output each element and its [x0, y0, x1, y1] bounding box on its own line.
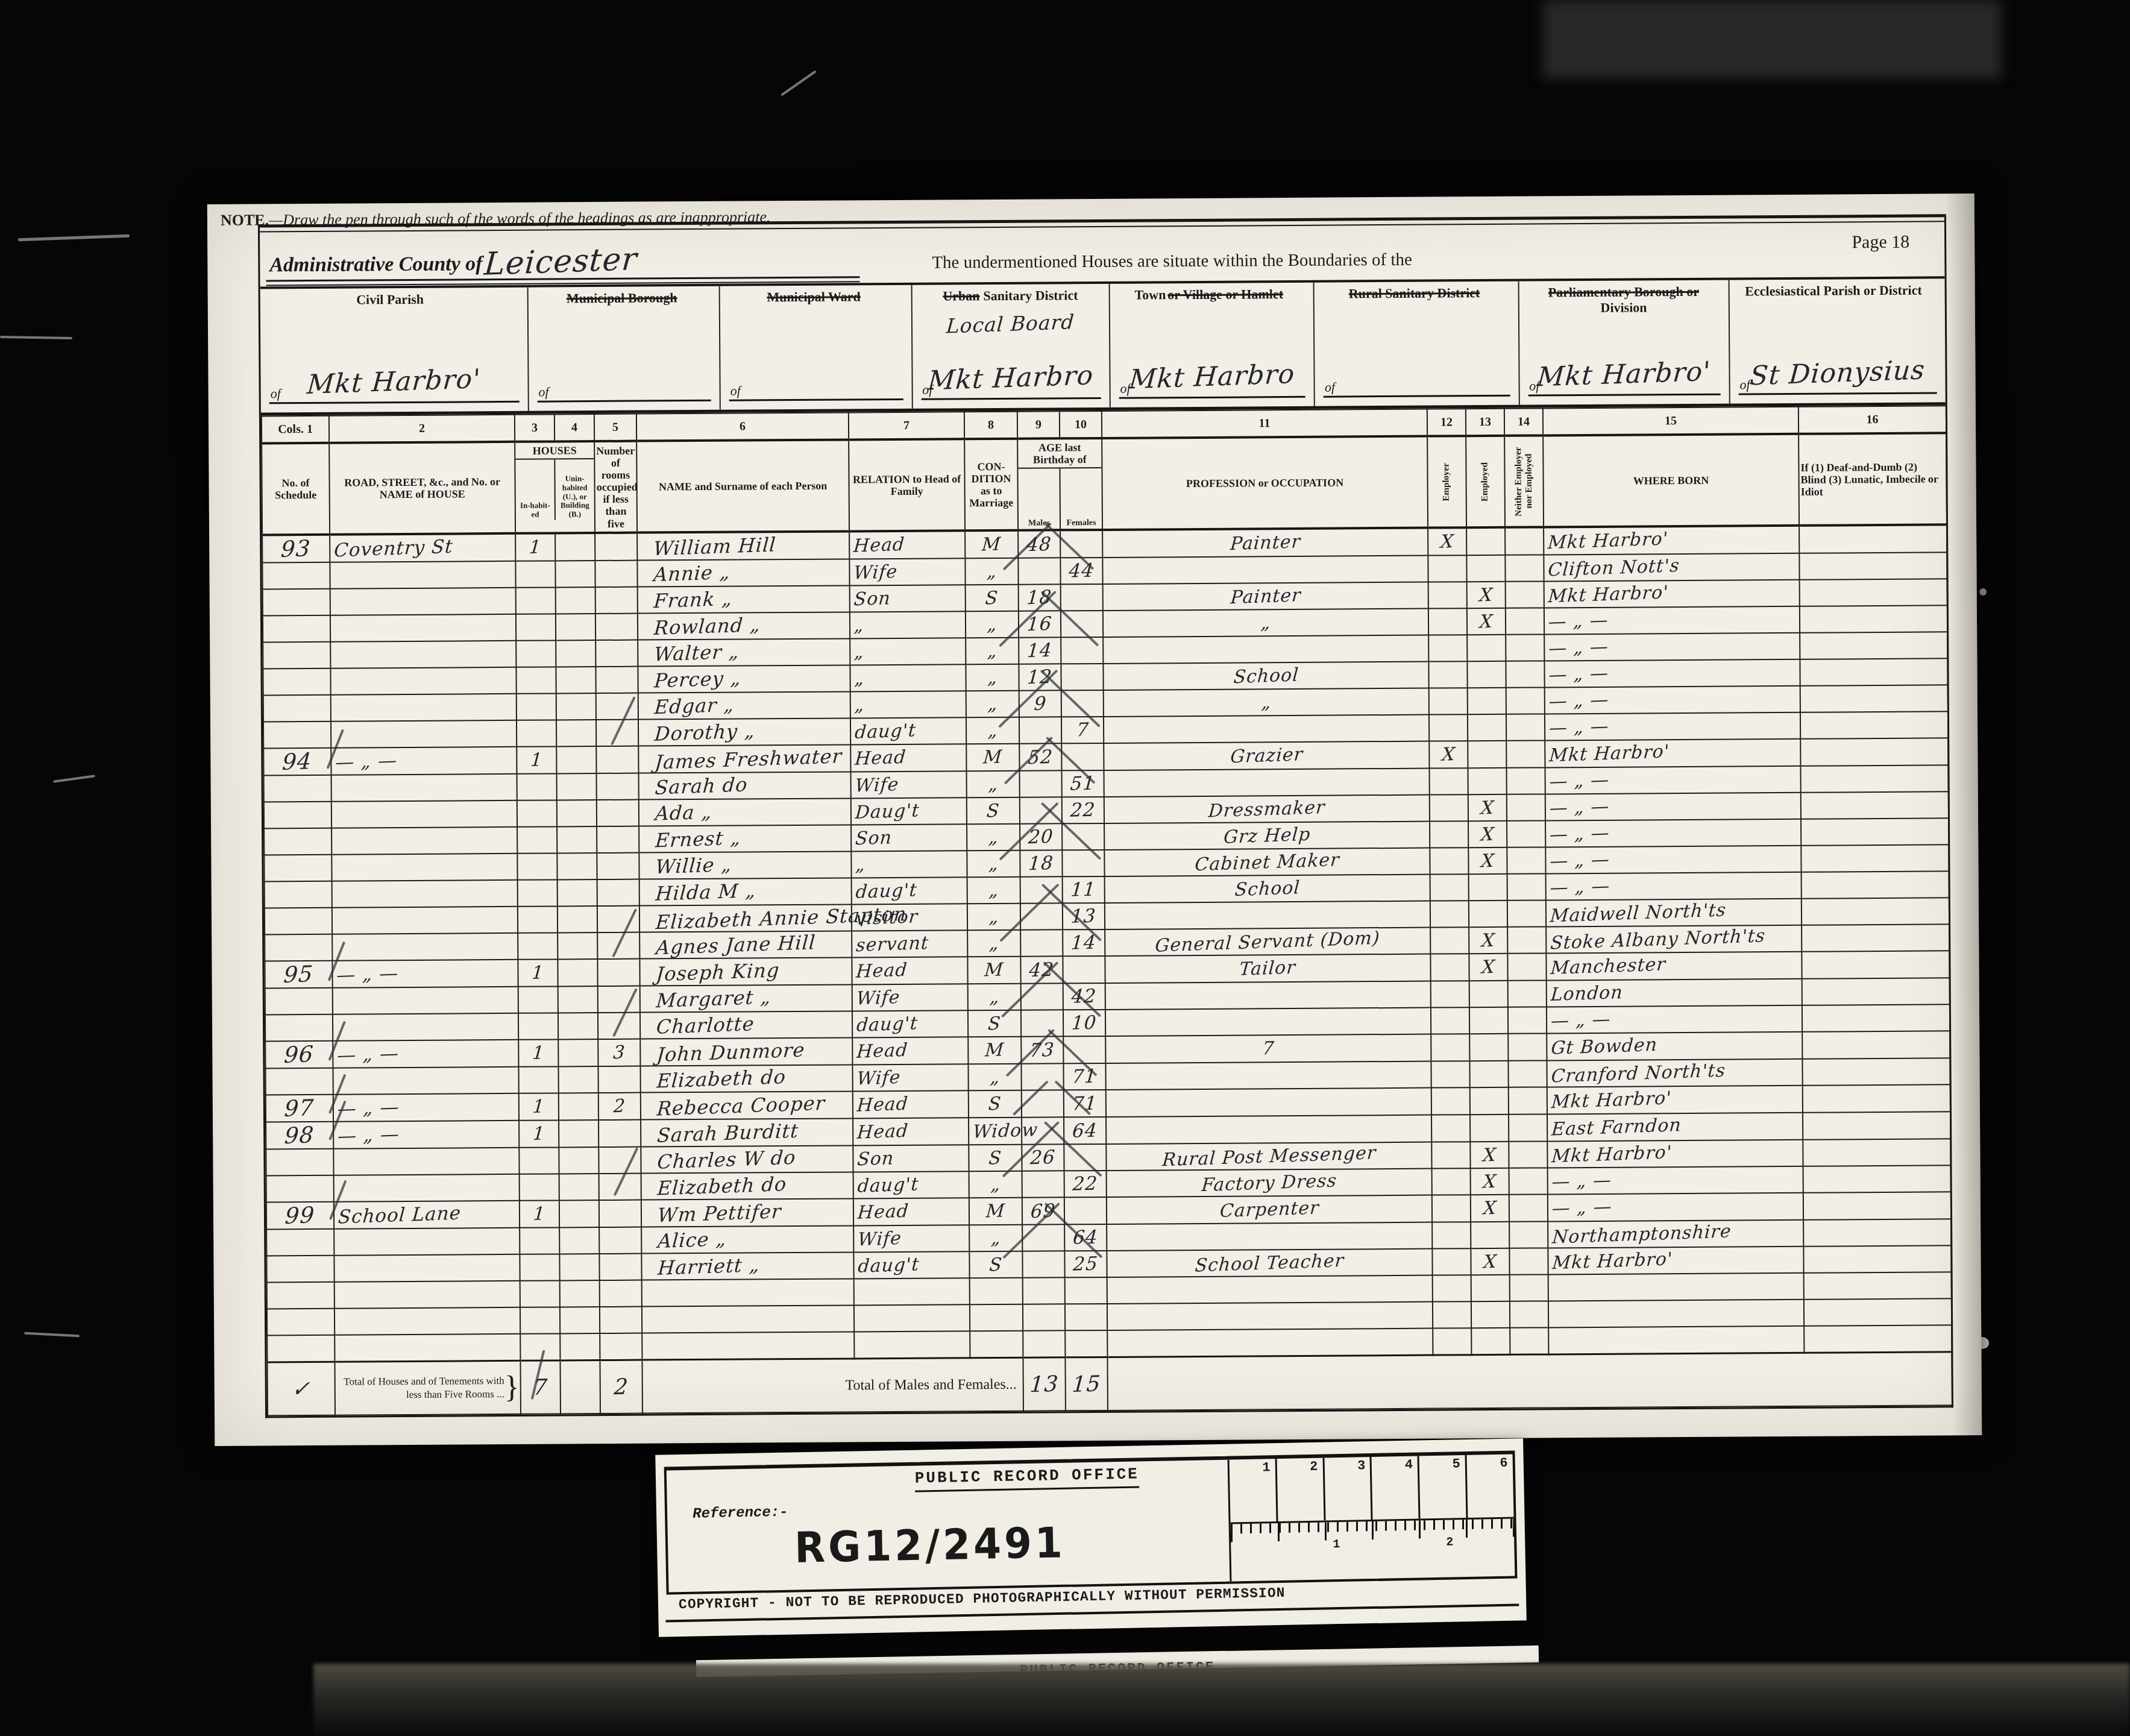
cell-rel: Head: [852, 957, 967, 985]
cell-name: Dorothy „: [638, 719, 850, 746]
cell-name: Elizabeth do: [641, 1172, 853, 1200]
cell-name-handwriting: Charles W do: [656, 1146, 797, 1174]
cell-rel-handwriting: visitor: [855, 906, 919, 929]
cell-name-handwriting: Agnes Jane Hill: [655, 931, 817, 959]
cell-m: 73: [1021, 1037, 1063, 1064]
cell-occ-handwriting: „: [1260, 692, 1272, 714]
cell-road: [330, 614, 516, 642]
rule: [729, 398, 903, 401]
cell-empd: [1471, 1328, 1510, 1355]
cell-rel: Wife: [849, 559, 965, 586]
ruler-cell: 5: [1419, 1455, 1468, 1519]
totals-houses-cell: 7: [520, 1360, 561, 1414]
cell-cond: M: [965, 530, 1018, 559]
cell-occ-handwriting: „: [1260, 612, 1271, 634]
cell-rel-handwriting: daug't: [855, 879, 918, 903]
header-infirmities: If (1) Deaf-and-Dumb (2) Blind (3) Lunat…: [1799, 433, 1947, 526]
cell-occ: 7: [1105, 1034, 1431, 1063]
cell-name-handwriting: Alice „: [657, 1227, 727, 1253]
cell-emp: [1428, 556, 1466, 582]
field-label: Ecclesiastical Parish or District: [1729, 282, 1944, 299]
cell-name: Sarah do: [639, 772, 851, 800]
cell-born: Mkt Harbro': [1548, 1247, 1803, 1275]
cell-f: 25: [1064, 1251, 1107, 1277]
cell-emp: [1431, 1034, 1469, 1061]
film-scratch: [18, 234, 130, 241]
cell-born: — „ —: [1545, 793, 1801, 821]
cell-m: [1020, 797, 1062, 824]
cell-cond-handwriting: S: [986, 800, 1001, 822]
of-label: of: [538, 385, 548, 400]
cell-rel: Head: [850, 744, 966, 772]
cell-f: 71: [1064, 1090, 1106, 1117]
cell-born: — „ —: [1545, 766, 1800, 794]
cell-inf: [1803, 1085, 1950, 1113]
cell-inf: [1804, 1299, 1952, 1326]
cell-sched: [265, 881, 332, 908]
table-wrap: Cols. 1 2 3 4 5 6 7 8 9 10 11 12 13 14: [261, 405, 1952, 1416]
cell-cond: M: [966, 744, 1019, 772]
cell-born-handwriting: Clifton Nott's: [1547, 555, 1680, 581]
cell-emp: [1433, 1302, 1471, 1329]
cell-occ: Rural Post Messenger: [1106, 1142, 1431, 1171]
header-field: Civil ParishMkt Harbro'of: [260, 288, 529, 413]
cell-m-handwriting: 18: [1026, 587, 1053, 609]
cell-road: [332, 933, 518, 961]
header-neither: Neither Employer nor Employed: [1504, 435, 1544, 527]
cell-f: [1064, 1197, 1107, 1224]
cell-nei: [1509, 1248, 1548, 1275]
cell-cond-handwriting: „: [990, 1227, 1002, 1249]
cell-m: [1020, 877, 1063, 904]
cell-inf: [1803, 1112, 1950, 1140]
cell-nei: [1506, 768, 1545, 794]
cell-name: [642, 1306, 854, 1333]
cell-cond: S: [969, 1090, 1022, 1118]
cell-name: James Freshwater: [638, 745, 850, 773]
cell-f: [1065, 1304, 1107, 1330]
cell-rel-handwriting: Son: [856, 1148, 894, 1170]
cell-sched: 94: [263, 748, 331, 776]
cell-name: Annie „: [637, 559, 849, 587]
cell-m: 20: [1020, 824, 1062, 851]
cell-born: — „ —: [1545, 686, 1800, 714]
cell-road: — „ —: [331, 747, 517, 775]
cell-rooms: [597, 826, 639, 853]
cell-road: [334, 1174, 520, 1202]
cell-name: Ernest „: [639, 825, 851, 853]
cell-rooms: [597, 800, 639, 826]
cell-emp: [1430, 954, 1469, 981]
cell-road: [335, 1307, 520, 1335]
cell-emp: [1430, 928, 1469, 954]
totals-row: ✓ Total of Houses and of Tenements with …: [267, 1352, 1952, 1416]
ruler-number: 1: [1333, 1538, 1340, 1552]
cell-rel: visitor: [852, 904, 967, 931]
cell-empd: [1469, 874, 1507, 901]
cell-f: 64: [1064, 1117, 1106, 1144]
cell-f: [1061, 664, 1103, 690]
cell-inh: 1: [519, 1093, 559, 1121]
cell-nei: [1509, 1168, 1548, 1195]
cell-cond: Widow: [969, 1118, 1022, 1145]
cell-emp-handwriting: X: [1441, 744, 1456, 766]
cell-occ: Grz Help: [1104, 822, 1430, 850]
cell-sched: 97: [266, 1095, 333, 1122]
cell-inf: [1800, 766, 1948, 793]
cell-inh: [517, 694, 556, 720]
cell-cond-handwriting: „: [988, 827, 999, 849]
cell-born: — „ —: [1548, 1193, 1803, 1222]
field-value: Mkt Harbro': [306, 363, 482, 400]
cell-m-handwriting: 48: [1026, 533, 1052, 556]
cell-occ: [1102, 556, 1428, 584]
cell-road: [333, 1148, 519, 1175]
cell-born-handwriting: Mkt Harbro': [1551, 1142, 1673, 1167]
header-females: Females: [1059, 468, 1102, 529]
cell-born-handwriting: — „ —: [1551, 1197, 1613, 1219]
cell-f: 7: [1061, 717, 1104, 743]
cell-rooms: [598, 1120, 641, 1147]
county-row: Administrative County of Leicester The u…: [260, 222, 1945, 289]
cell-cond: S: [969, 1145, 1022, 1172]
cell-road-handwriting: — „ —: [335, 749, 398, 773]
cell-name-handwriting: Walter „: [653, 640, 740, 666]
cell-occ: School: [1103, 662, 1428, 690]
cell-cond: [970, 1278, 1023, 1305]
cell-nei: [1507, 848, 1545, 874]
cell-emp: [1428, 609, 1467, 635]
cell-rooms: [597, 906, 639, 932]
col-number: 4: [554, 414, 594, 441]
cell-cond: S: [967, 797, 1020, 825]
cell-sched: [265, 1014, 333, 1042]
cell-born: — „ —: [1545, 819, 1801, 848]
cell-rooms: [598, 1013, 640, 1039]
cell-f: [1063, 956, 1105, 983]
cell-emp: [1430, 848, 1468, 875]
cell-emp: [1430, 795, 1468, 822]
field-label: Townor Village or Hamlet: [1110, 286, 1313, 303]
cell-rel-handwriting: Head: [856, 1093, 909, 1116]
cell-inf: [1800, 632, 1947, 659]
cell-rel: „: [851, 851, 967, 878]
cell-name-handwriting: Percey „: [653, 667, 742, 693]
cell-sched-handwriting: 93: [280, 535, 312, 562]
cell-occ: Painter: [1103, 582, 1428, 611]
cell-inf: [1799, 553, 1947, 580]
cell-empd: X: [1471, 1195, 1509, 1222]
cell-occ-handwriting: Rural Post Messenger: [1161, 1142, 1377, 1171]
cell-f-handwriting: 71: [1072, 1066, 1098, 1089]
cell-sched: [264, 855, 331, 882]
cell-inh: [517, 720, 556, 747]
rule: [269, 401, 520, 404]
cell-road: [334, 1254, 520, 1282]
cell-road: [332, 880, 518, 908]
totals-tenements-value: 2: [613, 1374, 629, 1400]
cell-cond-handwriting: „: [989, 1066, 1001, 1088]
cell-rel: [854, 1332, 970, 1359]
cell-rooms: [597, 959, 639, 986]
cell-m-handwriting: 73: [1029, 1039, 1055, 1062]
cell-rel-handwriting: Head: [854, 747, 906, 770]
cell-born-handwriting: Northamptonshire: [1551, 1221, 1732, 1248]
cell-f-handwriting: 11: [1070, 879, 1097, 902]
cell-f-handwriting: 51: [1070, 773, 1096, 796]
cell-sched: [267, 1282, 335, 1309]
cell-born-handwriting: — „ —: [1549, 796, 1610, 819]
cell-name-handwriting: Wm Pettifer: [657, 1200, 782, 1227]
cell-empd: [1469, 1034, 1508, 1061]
cell-empd-handwriting: X: [1482, 1171, 1497, 1192]
cell-rel-handwriting: „: [853, 641, 865, 663]
cell-nei: [1509, 1115, 1547, 1142]
cell-empd: [1470, 1087, 1509, 1115]
cell-f: [1062, 850, 1104, 876]
cell-inf: [1802, 1031, 1950, 1059]
cell-born: Cranford North'ts: [1547, 1059, 1802, 1087]
cell-sched: [265, 908, 332, 935]
cell-born: Mkt Harbro': [1547, 1140, 1803, 1168]
census-sheet: Administrative County of Leicester The u…: [207, 193, 1982, 1446]
cell-name: Wm Pettifer: [641, 1199, 853, 1227]
cell-m: [1023, 1331, 1065, 1358]
pro-office-title: PUBLIC RECORD OFFICE: [915, 1465, 1140, 1492]
cell-inf: [1800, 579, 1947, 606]
cell-sched: [263, 615, 330, 643]
cell-m: 48: [1018, 530, 1060, 558]
cell-m-handwriting: 9: [1033, 693, 1047, 715]
cell-name-handwriting: Sarah do: [654, 773, 749, 799]
cell-cond: „: [967, 930, 1020, 957]
cell-born-handwriting: Maidwell North'ts: [1550, 899, 1727, 926]
cell-f-handwriting: 25: [1073, 1253, 1099, 1276]
cell-rel: Son: [850, 585, 966, 612]
cell-sched: [263, 642, 330, 669]
field-value: Mkt Harbro: [927, 360, 1095, 397]
cell-born-handwriting: — „ —: [1550, 1008, 1612, 1031]
cell-inh: [518, 1067, 558, 1093]
col-number: 12: [1427, 409, 1466, 436]
cell-f: 44: [1060, 558, 1102, 584]
cell-sched: [266, 1229, 334, 1256]
cell-born: — „ —: [1547, 1005, 1802, 1034]
cell-cond: „: [967, 877, 1020, 904]
cell-born: Stoke Albany North'ts: [1546, 925, 1802, 954]
cell-inh: [517, 827, 557, 854]
cell-inh: 1: [520, 1201, 559, 1228]
cell-empd: [1471, 1222, 1509, 1248]
cell-inf: [1804, 1272, 1952, 1300]
cell-cond: S: [966, 585, 1019, 612]
cell-cond-handwriting: „: [987, 667, 998, 689]
cell-inh-handwriting: 1: [532, 1043, 545, 1065]
cell-rooms: [599, 1227, 641, 1254]
film-haze: [313, 1664, 2130, 1736]
cell-cond-handwriting: „: [987, 720, 999, 742]
header-field: Ecclesiastical Parish or DistrictSt Dion…: [1729, 278, 1945, 403]
cell-name: Elizabeth Annie Stapton: [639, 905, 852, 932]
cell-nei: [1509, 1195, 1548, 1222]
cell-road: [335, 1281, 520, 1309]
of-label: of: [1529, 378, 1539, 394]
cell-road: [330, 588, 516, 615]
cell-rooms-handwriting: 2: [613, 1096, 627, 1118]
rule: [1738, 392, 1937, 395]
cell-rel-handwriting: Wife: [857, 1228, 902, 1251]
cell-inh: 1: [518, 960, 558, 987]
cell-m: [1021, 1064, 1063, 1090]
cell-uninh: [556, 587, 595, 614]
cell-inh: [520, 1228, 559, 1254]
cell-name: Rebecca Cooper: [641, 1092, 853, 1120]
cell-f-handwriting: 7: [1075, 719, 1089, 741]
cell-rooms: [597, 879, 639, 906]
totals-females-value: 15: [1071, 1371, 1102, 1397]
cell-f: [1060, 530, 1102, 558]
cell-empd-handwriting: X: [1480, 797, 1495, 819]
cell-m: [1020, 930, 1063, 957]
col-number: 10: [1060, 411, 1102, 438]
cell-empd-handwriting: X: [1483, 1251, 1498, 1272]
cell-rel: Daug't: [851, 798, 967, 825]
houses-group-label: HOUSES: [515, 442, 594, 460]
cell-inh: [516, 667, 556, 694]
field-value: Mkt Harbro': [1536, 356, 1712, 393]
cell-born-handwriting: — „ —: [1549, 822, 1610, 845]
cell-nei: [1506, 661, 1544, 688]
cell-name-handwriting: Dorothy „: [654, 719, 756, 746]
cell-rooms: [595, 533, 637, 561]
header-field: Municipal Wardof: [720, 285, 913, 410]
totals-empty-cell: [560, 1360, 600, 1414]
field-label: Municipal Ward: [720, 289, 911, 306]
cell-m: [1023, 1278, 1065, 1304]
cell-road: [331, 720, 517, 748]
cell-nei: [1506, 608, 1544, 635]
cell-occ: [1105, 1061, 1431, 1090]
cell-inh-handwriting: 1: [532, 1096, 546, 1118]
ruler-cell: 2: [1277, 1458, 1325, 1522]
cell-emp: [1428, 662, 1467, 688]
cell-occ: [1107, 1222, 1432, 1251]
cell-sched: [264, 775, 331, 802]
county-value-handwritten: Leicester: [483, 241, 638, 283]
cell-sched: 99: [266, 1202, 334, 1230]
cell-born: — „ —: [1545, 846, 1801, 874]
cell-inf: [1800, 659, 1947, 686]
cell-occ-handwriting: School Teacher: [1195, 1250, 1345, 1277]
cell-road: [330, 561, 515, 589]
cell-empd: [1468, 741, 1506, 768]
cell-born: Northamptonshire: [1548, 1220, 1803, 1248]
of-label: of: [922, 382, 932, 398]
cell-m: [1020, 904, 1063, 930]
cell-rel: „: [850, 638, 966, 665]
cell-road-handwriting: — „ —: [337, 1096, 400, 1120]
cell-uninh: [555, 561, 595, 587]
cell-occ-handwriting: School: [1234, 877, 1301, 901]
cell-uninh: [556, 640, 595, 667]
cell-cond: „: [965, 558, 1018, 585]
cell-m: [1022, 1090, 1064, 1118]
cell-inf: [1802, 1005, 1950, 1032]
cell-road: [332, 907, 518, 934]
header-road: ROAD, STREET, &c., and No. or NAME of HO…: [329, 442, 515, 535]
cell-uninh: [557, 773, 597, 800]
col-number: Cols. 1: [262, 416, 329, 444]
cell-nei: [1507, 874, 1546, 901]
cell-cond: „: [968, 984, 1021, 1011]
cell-rel-handwriting: „: [854, 694, 866, 716]
cell-m: [1022, 1225, 1064, 1251]
cell-inf: [1803, 1139, 1950, 1166]
cell-born: — „ —: [1544, 633, 1800, 661]
cell-name-handwriting: Hilda M „: [655, 879, 756, 905]
totals-houses-label-cell: Total of Houses and of Tenements with le…: [335, 1361, 521, 1415]
cell-born: Maidwell North'ts: [1546, 899, 1802, 927]
cell-inf: [1803, 1192, 1951, 1220]
cell-inh: [516, 641, 556, 667]
cell-inh: [518, 880, 558, 907]
cell-cond-handwriting: Widow: [972, 1119, 1038, 1143]
cell-rel: daug't: [853, 1172, 969, 1199]
cell-f: [1061, 584, 1103, 611]
cell-born-handwriting: — „ —: [1548, 689, 1610, 712]
cell-m: [1023, 1304, 1065, 1331]
cell-f: [1061, 743, 1104, 770]
cell-f-handwriting: 71: [1072, 1092, 1098, 1115]
cell-uninh: [558, 959, 597, 986]
cell-occ: Carpenter: [1107, 1195, 1432, 1224]
cell-m: 69: [1022, 1198, 1064, 1225]
cell-empd-handwriting: X: [1478, 584, 1494, 606]
cell-rooms: [599, 1254, 641, 1280]
cell-empd-handwriting: X: [1480, 823, 1495, 845]
cell-f: 42: [1063, 983, 1105, 1010]
cell-inh-handwriting: 1: [532, 1124, 546, 1145]
cell-inh: [518, 933, 558, 960]
cell-inh: [517, 854, 557, 880]
cell-empd: X: [1468, 794, 1507, 821]
cell-rel: Wife: [853, 1225, 969, 1253]
cell-cond: „: [966, 717, 1019, 744]
film-scratch: [24, 1332, 80, 1338]
cell-emp: X: [1429, 741, 1468, 769]
totals-empty-cell: [1107, 1352, 1952, 1410]
cell-road: [331, 854, 517, 881]
cell-occ: Painter: [1102, 528, 1428, 558]
cell-sched: 96: [265, 1041, 333, 1069]
cell-nei: [1509, 1087, 1547, 1115]
totals-males-value: 13: [1029, 1371, 1060, 1397]
cell-occ-handwriting: School: [1233, 664, 1299, 688]
cell-m: [1022, 1251, 1064, 1278]
field-annotation: Local Board: [946, 310, 1075, 338]
cell-rel: Wife: [851, 772, 967, 799]
totals-check-cell: ✓: [267, 1362, 335, 1416]
film-scratch: [0, 336, 72, 339]
cell-nei: [1507, 901, 1546, 927]
cell-uninh: [559, 1227, 599, 1254]
age-group-label: AGE last Birthday of: [1018, 439, 1101, 469]
cell-cond: [970, 1331, 1023, 1358]
cell-cond-handwriting: M: [985, 1201, 1006, 1222]
col-number: 13: [1466, 409, 1504, 436]
cell-born-handwriting: — „ —: [1551, 1169, 1612, 1192]
cell-emp: [1430, 875, 1469, 901]
